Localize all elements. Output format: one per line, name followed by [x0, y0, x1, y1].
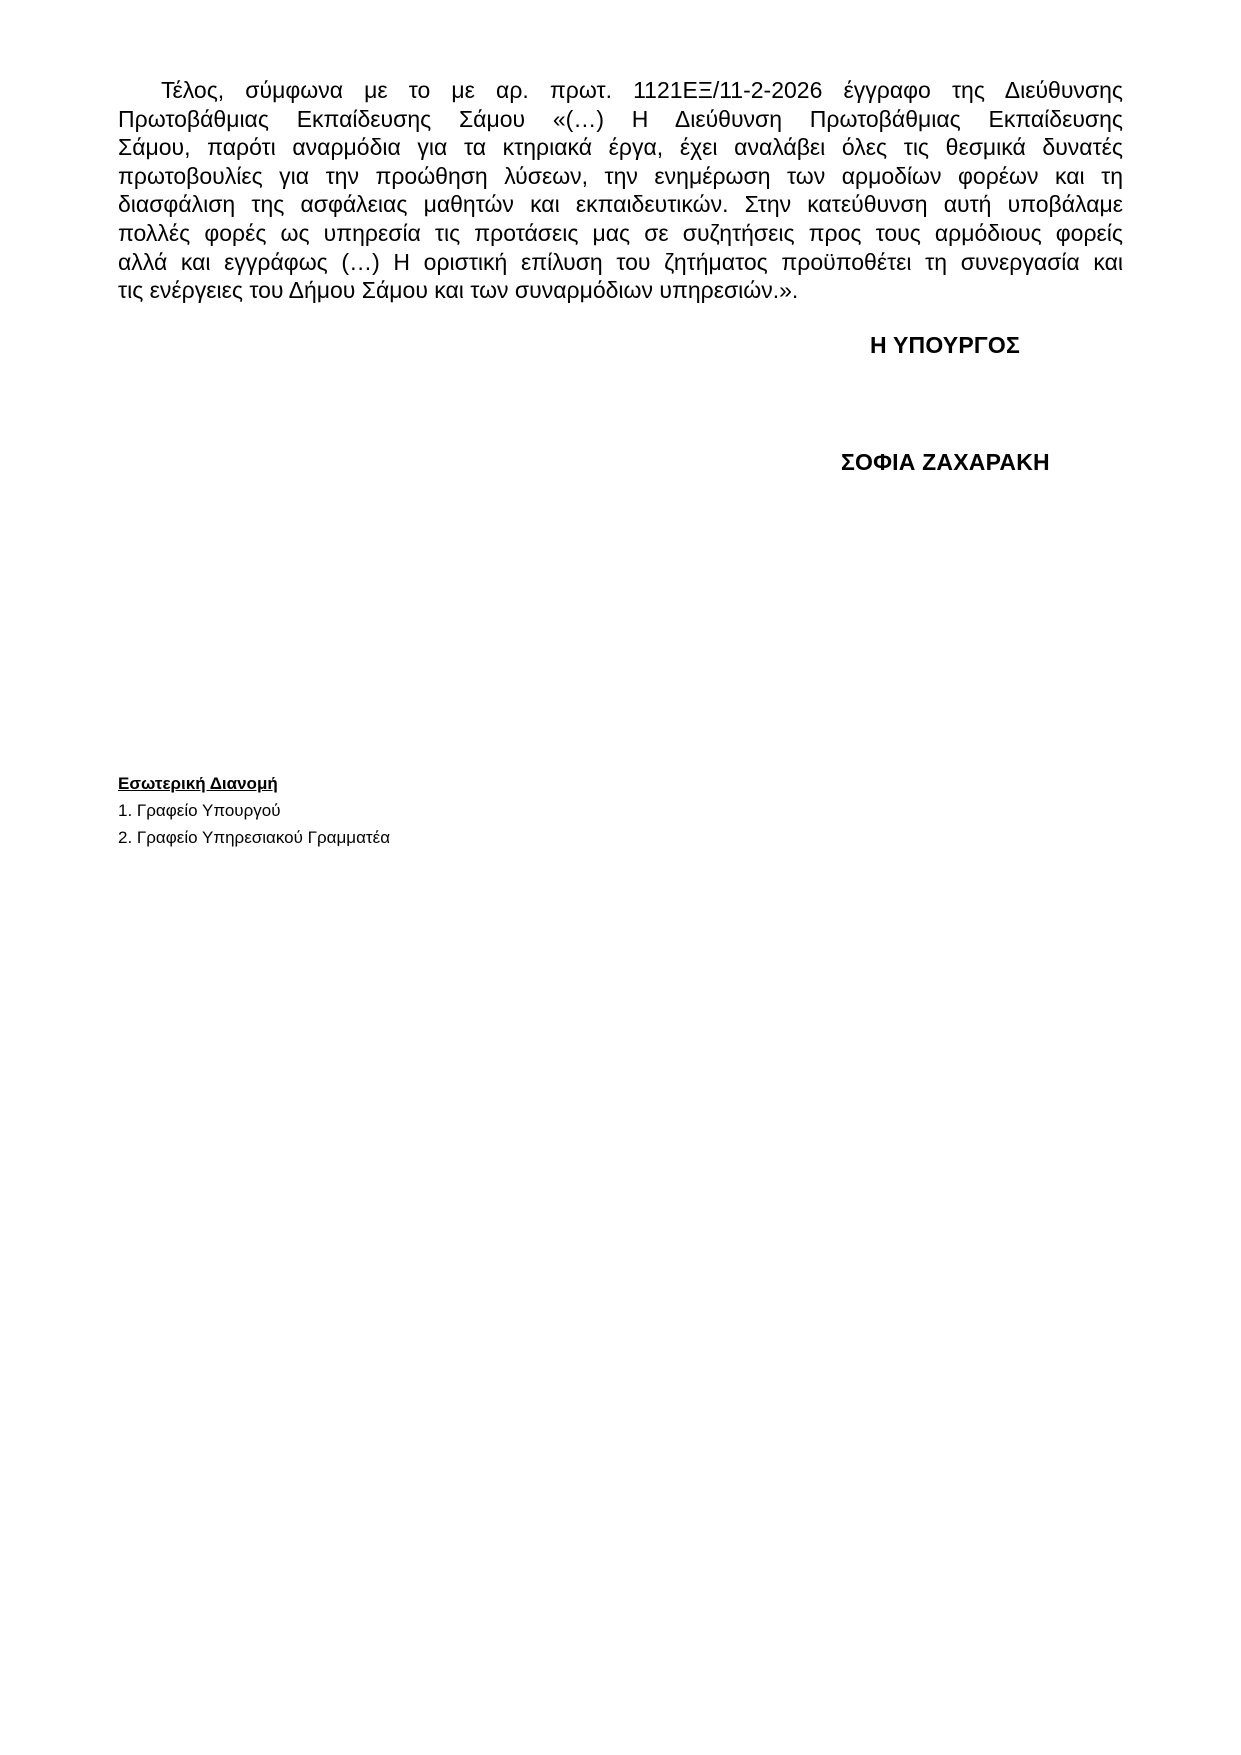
paragraph-line: Σάμου, παρότι αναρμόδια για τα κτηριακά … — [118, 133, 1123, 162]
document-page: Τέλος, σύμφωνα με το με αρ. πρωτ. 1121ΕΞ… — [0, 0, 1241, 1755]
paragraph-line: Τέλος, σύμφωνα με το με αρ. πρωτ. 1121ΕΞ… — [118, 76, 1123, 105]
paragraph-line: αλλά και εγγράφως (…) Η οριστική επίλυση… — [118, 248, 1123, 277]
paragraph-line: τις ενέργειες του Δήμου Σάμου και των συ… — [118, 276, 1123, 305]
paragraph-line: Πρωτοβάθμιας Εκπαίδευσης Σάμου «(…) Η Δι… — [118, 105, 1123, 134]
paragraph-line: διασφάλιση της ασφάλειας μαθητών και εκπ… — [118, 190, 1123, 219]
signature-name: ΣΟΦΙΑ ΖΑΧΑΡΑΚΗ — [841, 449, 1050, 476]
internal-distribution: Εσωτερική Διανομή 1. Γραφείο Υπουργού 2.… — [118, 770, 390, 851]
distribution-heading: Εσωτερική Διανομή — [118, 770, 390, 797]
signature-title: Η ΥΠΟΥΡΓΟΣ — [870, 332, 1020, 359]
paragraph-line: πρωτοβουλίες για την προώθηση λύσεων, τη… — [118, 162, 1123, 191]
body-paragraph: Τέλος, σύμφωνα με το με αρ. πρωτ. 1121ΕΞ… — [118, 76, 1123, 305]
distribution-item: 1. Γραφείο Υπουργού — [118, 797, 390, 824]
paragraph-line: πολλές φορές ως υπηρεσία τις προτάσεις μ… — [118, 219, 1123, 248]
distribution-item: 2. Γραφείο Υπηρεσιακού Γραμματέα — [118, 824, 390, 851]
